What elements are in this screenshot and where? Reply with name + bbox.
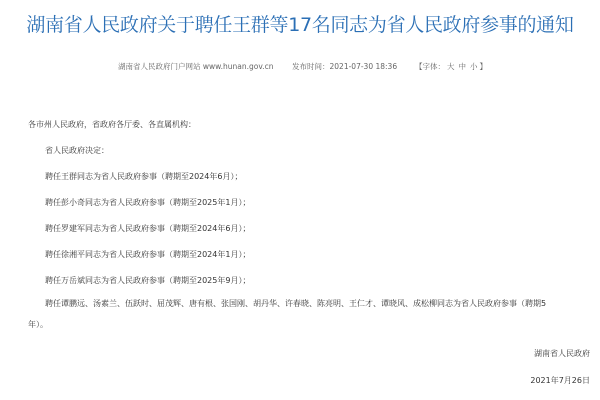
font-size-selector: 【字体：大中小】 bbox=[415, 60, 487, 74]
appointment-item: 聘任罗建军同志为省人民政府参事（聘期至2024年6月）； bbox=[45, 223, 250, 235]
publish-time: 发布时间：2021-07-30 18:36 bbox=[292, 60, 397, 74]
publish-time-value: 2021-07-30 18:36 bbox=[330, 62, 398, 71]
font-size-large-button[interactable]: 大 bbox=[447, 62, 455, 71]
font-size-small-button[interactable]: 小 bbox=[470, 62, 478, 71]
font-size-close-bracket: 】 bbox=[480, 62, 488, 71]
article-meta: 湖南省人民政府门户网站 www.hunan.gov.cn 发布时间：2021-0… bbox=[0, 60, 600, 74]
group-appointment-line1: 聘任谭鹏远、汤素兰、伍跃时、屈茂辉、唐有根、张国刚、胡丹华、许春晓、陈亮明、王仁… bbox=[45, 298, 546, 310]
appointment-item: 聘任王群同志为省人民政府参事（聘期至2024年6月）； bbox=[45, 171, 242, 183]
appointment-item: 聘任徐湘平同志为省人民政府参事（聘期至2024年1月）； bbox=[45, 249, 250, 261]
font-size-label: 【字体： bbox=[415, 62, 445, 71]
signature-date: 2021年7月26日 bbox=[530, 375, 590, 387]
decision-intro: 省人民政府决定： bbox=[45, 145, 109, 157]
appointment-item: 聘任万岳斌同志为省人民政府参事（聘期至2025年9月）； bbox=[45, 275, 250, 287]
source-label: 湖南省人民政府门户网站 www.hunan.gov.cn bbox=[118, 60, 273, 74]
appointment-item: 聘任彭小奇同志为省人民政府参事（聘期至2025年1月）； bbox=[45, 197, 250, 209]
group-appointment-line2: 年）。 bbox=[28, 319, 48, 331]
signature-organization: 湖南省人民政府 bbox=[534, 348, 590, 360]
salutation: 各市州人民政府，省政府各厅委、各直属机构： bbox=[28, 119, 196, 131]
publish-label: 发布时间： bbox=[292, 62, 330, 71]
font-size-medium-button[interactable]: 中 bbox=[459, 62, 467, 71]
article-title: 湖南省人民政府关于聘任王群等17名同志为省人民政府参事的通知 bbox=[0, 12, 600, 38]
